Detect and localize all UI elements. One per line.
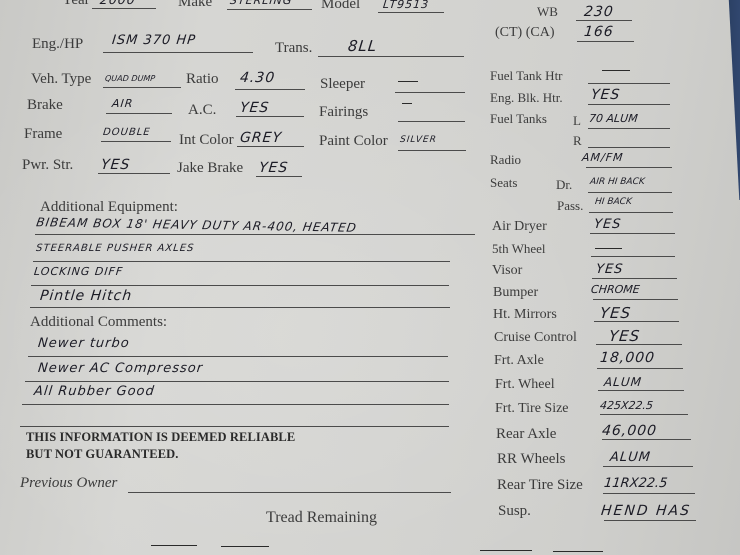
int-color-label: Int Color	[179, 132, 234, 149]
disclaimer-line-1: THIS INFORMATION IS DEEMED RELIABLE	[26, 430, 295, 445]
additional-comments-line-1: Newer turbo	[37, 336, 130, 351]
wb-value: 230	[583, 4, 614, 20]
ct-ca-label: (CT) (CA)	[495, 25, 555, 41]
brake-value: AIR	[111, 97, 134, 110]
fuel-tanks-r-label: R	[573, 133, 582, 149]
veh-type-label: Veh. Type	[31, 71, 91, 88]
tread-blank-4	[553, 551, 603, 552]
seats-pass-line	[589, 212, 673, 213]
paint-color-line	[398, 150, 466, 151]
rr-wheels-line	[603, 466, 693, 467]
fuel-tanks-label: Fuel Tanks	[490, 111, 547, 127]
frt-wheel-line	[598, 390, 684, 391]
paint-color-label: Paint Color	[319, 133, 388, 150]
radio-line	[586, 167, 672, 168]
sleeper-line	[395, 92, 465, 93]
rr-wheels-label: RR Wheels	[497, 451, 565, 468]
tread-blank-1	[151, 545, 197, 546]
eng-blk-htr-line	[588, 104, 670, 105]
jake-brake-line	[256, 176, 302, 177]
fuel-tanks-r-line	[588, 147, 670, 148]
fifth-wheel-line	[591, 256, 675, 257]
visor-value: YES	[595, 262, 624, 277]
air-dryer-value: YES	[593, 217, 622, 232]
ratio-line	[235, 89, 305, 90]
radio-value: AM/FM	[581, 151, 624, 164]
cruise-control-label: Cruise Control	[494, 330, 577, 346]
previous-owner-line	[128, 492, 451, 493]
susp-value: HEND HAS	[600, 503, 692, 519]
comments-rule-1	[28, 356, 448, 357]
int-color-value: GREY	[239, 130, 283, 146]
rear-axle-label: Rear Axle	[496, 426, 556, 443]
air-dryer-line	[590, 233, 675, 234]
equipment-rule-4	[30, 307, 450, 308]
tread-remaining-label: Tread Remaining	[266, 509, 377, 527]
ratio-label: Ratio	[186, 71, 219, 88]
ct-ca-value: 166	[583, 24, 614, 40]
year-line	[92, 8, 156, 9]
eng-hp-label: Eng./HP	[32, 36, 83, 53]
brake-label: Brake	[27, 97, 63, 114]
veh-type-value: QUAD DUMP	[105, 74, 156, 83]
ht-mirrors-label: Ht. Mirrors	[493, 307, 557, 323]
bumper-value: CHROME	[590, 283, 640, 296]
int-color-line	[237, 146, 304, 147]
wb-label: WB	[537, 4, 558, 20]
frame-value: DOUBLE	[102, 127, 151, 138]
bumper-line	[593, 299, 678, 300]
year-value: 2000	[99, 0, 136, 7]
trans-label: Trans.	[275, 40, 312, 57]
brake-line	[106, 113, 172, 114]
seats-dr-line	[588, 192, 672, 193]
paint-color-value: SILVER	[399, 135, 437, 145]
frame-label: Frame	[24, 126, 62, 143]
frt-tire-size-label: Frt. Tire Size	[495, 401, 569, 417]
additional-equipment-line-1: BIBEAM BOX 18' HEAVY DUTY AR-400, Heated	[35, 215, 358, 235]
equipment-rule-3	[31, 285, 449, 286]
fifth-wheel-label: 5th Wheel	[492, 241, 546, 257]
ratio-value: 4.30	[239, 70, 276, 86]
fairings-label: Fairings	[319, 104, 368, 121]
rr-wheels-value: ALUM	[609, 450, 651, 465]
additional-equipment-line-3: LOCKING DIFF	[33, 265, 124, 278]
additional-comments-line-2: Newer AC Compressor	[37, 361, 204, 376]
rear-tire-size-value: 11RX22.5	[603, 476, 668, 491]
frt-wheel-label: Frt. Wheel	[495, 377, 555, 393]
eng-blk-htr-label: Eng. Blk. Htr.	[490, 90, 563, 106]
additional-equipment-line-2: STEERABLE PUSHER AXLES	[35, 243, 195, 254]
additional-comments-line-3: All Rubber Good	[33, 384, 155, 399]
sleeper-label: Sleeper	[320, 76, 365, 93]
seats-pass-label: Pass.	[557, 198, 583, 214]
fuel-tank-htr-line	[588, 83, 670, 84]
ac-value: YES	[239, 100, 270, 116]
veh-type-line	[103, 87, 181, 88]
comments-rule-2	[25, 381, 449, 382]
visor-label: Visor	[492, 263, 522, 279]
frt-tire-size-value: 425X22.5	[599, 399, 653, 412]
ht-mirrors-value: YES	[599, 304, 632, 322]
make-value: STERLING	[229, 0, 293, 7]
frt-tire-size-line	[600, 414, 688, 415]
rear-axle-line	[602, 439, 691, 440]
eng-hp-value: ISM 370 HP	[111, 33, 197, 48]
fairings-dash	[402, 103, 412, 104]
model-label: Model	[321, 0, 360, 13]
previous-owner-label: Previous Owner	[20, 475, 117, 492]
frame-line	[101, 141, 171, 142]
wb-line	[576, 20, 632, 21]
pwr-str-label: Pwr. Str.	[22, 157, 73, 174]
additional-equipment-line-4: Pintle Hitch	[39, 288, 133, 304]
fuel-tanks-l-line	[588, 128, 670, 129]
radio-label: Radio	[490, 152, 521, 168]
jake-brake-label: Jake Brake	[177, 160, 243, 177]
ct-ca-line	[577, 41, 634, 42]
tread-blank-2	[221, 546, 269, 547]
seats-label: Seats	[490, 175, 517, 191]
susp-line	[604, 520, 696, 521]
fuel-tanks-l-value: 70 ALUM	[588, 112, 638, 125]
seats-dr-label: Dr.	[556, 177, 572, 193]
make-label: Make	[178, 0, 212, 11]
disclaimer-line-2: BUT NOT GUARANTEED.	[26, 447, 179, 462]
frt-axle-value: 18,000	[599, 350, 656, 366]
tread-blank-3	[480, 550, 532, 551]
make-line	[227, 9, 312, 10]
fuel-tank-htr-label: Fuel Tank Htr	[490, 68, 563, 84]
frt-wheel-value: ALUM	[603, 375, 643, 389]
seats-dr-value: AIR HI BACK	[589, 177, 645, 187]
visor-line	[592, 278, 677, 279]
additional-equipment-label: Additional Equipment:	[40, 199, 178, 216]
background-edge	[726, 0, 740, 200]
comments-rule-4	[20, 426, 449, 427]
rear-tire-size-label: Rear Tire Size	[497, 477, 583, 494]
eng-hp-line	[103, 52, 253, 53]
fuel-tank-htr-dash	[602, 70, 630, 71]
fifth-wheel-dash	[595, 248, 622, 249]
comments-rule-3	[22, 404, 449, 405]
rear-tire-size-line	[603, 493, 695, 494]
rear-axle-value: 46,000	[601, 423, 658, 439]
pwr-str-value: YES	[100, 157, 131, 173]
pwr-str-line	[98, 173, 170, 174]
ac-label: A.C.	[188, 102, 216, 119]
frt-axle-label: Frt. Axle	[494, 353, 544, 369]
additional-comments-label: Additional Comments:	[30, 314, 167, 331]
eng-blk-htr-value: YES	[590, 87, 621, 103]
bumper-label: Bumper	[493, 285, 538, 301]
sleeper-dash	[398, 81, 418, 82]
air-dryer-label: Air Dryer	[492, 219, 547, 235]
trans-line	[318, 56, 464, 57]
cruise-control-value: YES	[608, 327, 641, 345]
ac-line	[236, 116, 304, 117]
susp-label: Susp.	[498, 503, 531, 520]
model-value: LT9513	[382, 0, 429, 11]
trans-value: 8LL	[347, 37, 378, 55]
seats-pass-value: HI BACK	[594, 197, 632, 207]
frt-axle-line	[597, 368, 683, 369]
equipment-rule-2	[33, 261, 450, 262]
year-label: Year	[62, 0, 90, 9]
model-line	[378, 12, 444, 13]
jake-brake-value: YES	[258, 160, 289, 176]
equipment-rule-1	[35, 234, 475, 235]
fairings-line	[398, 121, 465, 122]
fuel-tanks-l-label: L	[573, 113, 581, 129]
